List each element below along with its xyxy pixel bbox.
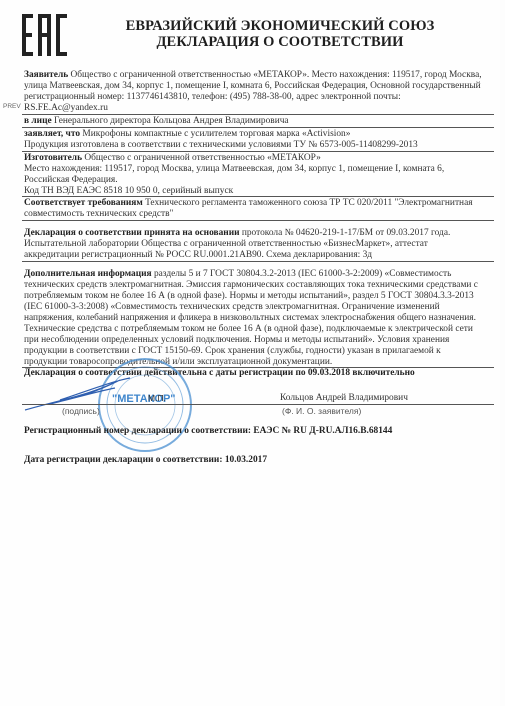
basis-line-2: Испытательной лаборатории Общества с огр… <box>24 239 428 250</box>
additional-info-line: Дополнительная информация разделы 5 и 7 … <box>24 269 451 280</box>
registration-number-line: Регистрационный номер декларации о соотв… <box>24 426 392 437</box>
conforms-label: Соответствует требованиям <box>24 198 143 208</box>
eac-mark-icon <box>22 14 68 56</box>
divider <box>22 196 494 197</box>
registration-date-label: Дата регистрации декларации о соответств… <box>24 455 222 465</box>
signature-line <box>22 404 494 405</box>
declaration-page: ЕВРАЗИЙСКИЙ ЭКОНОМИЧЕСКИЙ СОЮЗ ДЕКЛАРАЦИ… <box>0 0 500 706</box>
applicant-line-1: Заявитель Общество с ограниченной ответс… <box>24 70 482 81</box>
declares-label: заявляет, что <box>24 129 80 139</box>
title-union: ЕВРАЗИЙСКИЙ ЭКОНОМИЧЕСКИЙ СОЮЗ <box>120 18 440 34</box>
signature-caption: (подпись) <box>62 406 100 417</box>
additional-line: технических средств электромагнитная. Эм… <box>24 280 478 291</box>
declares-line: заявляет, что Микрофоны компактные с уси… <box>24 129 350 140</box>
divider <box>22 261 494 262</box>
hs-code-line: Код ТН ВЭД ЕАЭС 8518 10 950 0, серийный … <box>24 186 233 197</box>
name-caption: (Ф. И. О. заявителя) <box>282 406 361 417</box>
manufacturer-address: Место нахождения: 119517, город Москва, … <box>24 164 444 175</box>
additional-line: напряжения, колебаний напряжения и флике… <box>24 313 476 324</box>
prev-overlay-label[interactable]: PREV <box>3 103 21 110</box>
applicant-line-2: улица Матвеевская, дом 34, корпус 1, пом… <box>24 81 481 92</box>
additional-line: Технические средства с потребляемым токо… <box>24 324 473 335</box>
signer-name: Кольцов Андрей Владимирович <box>280 393 408 404</box>
additional-line: продукции в соответствии с ГОСТ 15150-69… <box>24 346 441 357</box>
basis-label: Декларация о соответствии принята на осн… <box>24 228 240 238</box>
divider <box>22 114 494 115</box>
divider <box>22 151 494 152</box>
divider <box>22 127 494 128</box>
conforms-line: Соответствует требованиям Технического р… <box>24 198 473 209</box>
additional-line: при несоблюдении определенных условий по… <box>24 335 449 346</box>
divider <box>22 220 494 221</box>
manufacturer-line: Изготовитель Общество с ограниченной отв… <box>24 153 321 164</box>
document-title: ЕВРАЗИЙСКИЙ ЭКОНОМИЧЕСКИЙ СОЮЗ ДЕКЛАРАЦИ… <box>120 18 440 50</box>
applicant-line-3: регистрационный номер: 1137746143810, те… <box>24 92 401 103</box>
product-spec-line: Продукция изготовлена в соответствии с т… <box>24 140 418 151</box>
applicant-label: Заявитель <box>24 70 68 80</box>
manufacturer-country: Российская Федерация. <box>24 175 118 186</box>
registration-number: ЕАЭС № RU Д-RU.АЛ16.В.68144 <box>253 426 392 436</box>
conforms-line-2: совместимость технических средств" <box>24 209 173 220</box>
registration-number-label: Регистрационный номер декларации о соотв… <box>24 426 251 436</box>
additional-line: потребляемым током не более 16 А (в одно… <box>24 291 474 302</box>
registration-date-line: Дата регистрации декларации о соответств… <box>24 455 267 466</box>
mp-label: М.П. <box>148 393 166 404</box>
title-declaration: ДЕКЛАРАЦИЯ О СООТВЕТСТВИИ <box>120 34 440 50</box>
basis-line: Декларация о соответствии принята на осн… <box>24 228 450 239</box>
representative-line: в лице Генерального директора Кольцова А… <box>24 116 289 127</box>
additional-line: (IEC 61000-3-3:2008) «Совместимость техн… <box>24 302 440 313</box>
additional-info-label: Дополнительная информация <box>24 269 152 279</box>
applicant-email: RS.FE.Ac@yandex.ru <box>24 103 108 114</box>
manufacturer-label: Изготовитель <box>24 153 82 163</box>
basis-line-3: аккредитации регистрационный № РОСС RU.0… <box>24 250 372 261</box>
registration-date: 10.03.2017 <box>225 455 267 465</box>
representative-label: в лице <box>24 116 52 126</box>
